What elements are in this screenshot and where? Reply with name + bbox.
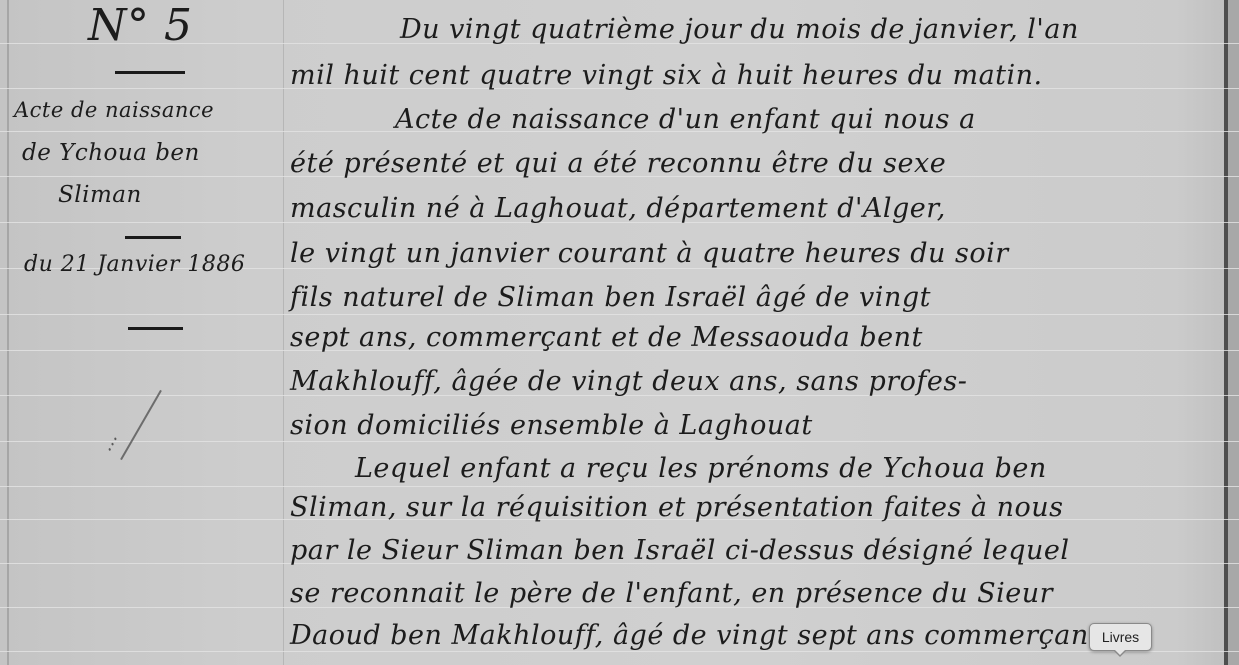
body-line: Makhlouff, âgée de vingt deux ans, sans … bbox=[290, 366, 967, 397]
body-line: mil huit cent quatre vingt six à huit he… bbox=[290, 60, 1043, 91]
body-line: sept ans, commerçant et de Messaouda ben… bbox=[290, 322, 923, 353]
body-line: le vingt un janvier courant à quatre heu… bbox=[290, 238, 1009, 269]
margin-rule bbox=[7, 0, 9, 665]
margin-annotation: … bbox=[95, 429, 122, 455]
body-line: Acte de naissance d'un enfant qui nous a bbox=[395, 104, 976, 135]
body-line: masculin né à Laghouat, département d'Al… bbox=[290, 193, 946, 224]
document-scan: N° 5 Acte de naissance de Ychoua ben Sli… bbox=[0, 0, 1239, 665]
body-line: été présenté et qui a été reconnu être d… bbox=[290, 148, 946, 179]
body-line: Sliman, sur la réquisition et présentati… bbox=[290, 492, 1064, 523]
separator bbox=[125, 236, 181, 239]
act-title-line-2: de Ychoua ben bbox=[22, 140, 200, 166]
separator bbox=[128, 327, 183, 330]
margin-mark bbox=[120, 390, 162, 460]
body-line: sion domiciliés ensemble à Laghouat bbox=[290, 410, 813, 441]
body-line: Du vingt quatrième jour du mois de janvi… bbox=[400, 14, 1079, 45]
livres-tooltip: Livres bbox=[1089, 623, 1152, 651]
body-line: fils naturel de Sliman ben Israël âgé de… bbox=[290, 282, 931, 313]
record-number: N° 5 bbox=[88, 0, 192, 51]
page-edge-shadow bbox=[1228, 0, 1239, 665]
tooltip-pointer-fill bbox=[1114, 649, 1126, 655]
body-line: Lequel enfant a reçu les prénoms de Ycho… bbox=[355, 453, 1047, 484]
record-date: du 21 Janvier 1886 bbox=[24, 252, 245, 277]
act-title-line-1: Acte de naissance bbox=[14, 98, 214, 122]
body-line: se reconnait le père de l'enfant, en pré… bbox=[290, 578, 1053, 609]
act-title-line-3: Sliman bbox=[58, 182, 142, 208]
separator bbox=[115, 71, 185, 74]
body-line: Daoud ben Makhlouff, âgé de vingt sept a… bbox=[290, 620, 1100, 651]
body-line: par le Sieur Sliman ben Israël ci-dessus… bbox=[290, 535, 1070, 566]
column-divider bbox=[283, 0, 284, 665]
